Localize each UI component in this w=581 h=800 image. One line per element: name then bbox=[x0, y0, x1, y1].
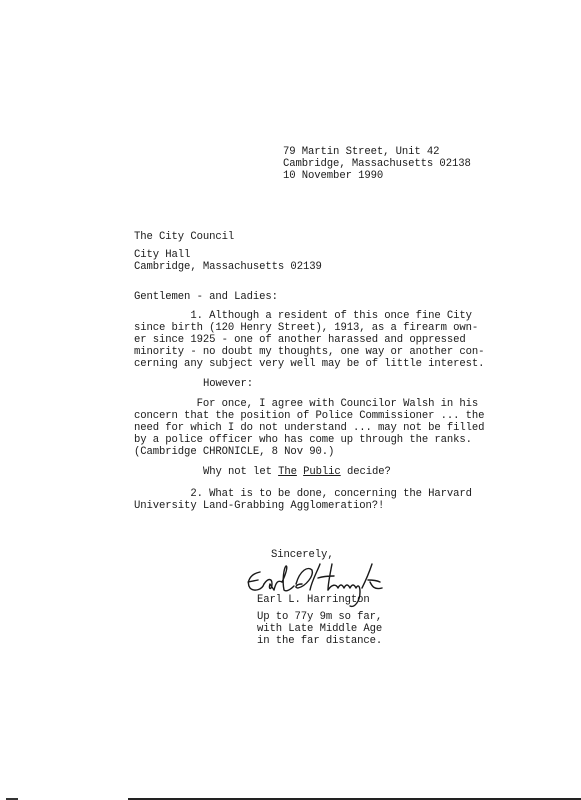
paragraph-line: For once, I agree with Councilor Walsh i… bbox=[134, 398, 478, 410]
postscript-line: Up to 77y 9m so far, bbox=[257, 611, 382, 623]
paragraph-line: need for which I do not understand ... m… bbox=[134, 422, 484, 434]
question-text-end: decide? bbox=[341, 466, 391, 478]
postscript-line: in the far distance. bbox=[257, 635, 382, 647]
underlined-public: Public bbox=[303, 466, 341, 478]
recipient-building: City Hall bbox=[134, 249, 190, 261]
underlined-the: The bbox=[278, 466, 297, 478]
paragraph-line: since birth (120 Henry Street), 1913, as… bbox=[134, 322, 478, 334]
recipient-name: The City Council bbox=[134, 231, 234, 243]
paragraph-line: by a police officer who has come up thro… bbox=[134, 434, 472, 446]
sender-street: 79 Martin Street, Unit 42 bbox=[283, 146, 439, 158]
paragraph-line: er since 1925 - one of another harassed … bbox=[134, 334, 466, 346]
question-text: Why not let bbox=[203, 466, 278, 478]
however-line: However: bbox=[203, 378, 253, 390]
salutation: Gentlemen - and Ladies: bbox=[134, 291, 278, 303]
postscript-line: with Late Middle Age bbox=[257, 623, 382, 635]
paragraph-line: concern that the position of Police Comm… bbox=[134, 410, 484, 422]
recipient-city: Cambridge, Massachusetts 02139 bbox=[134, 261, 322, 273]
paragraph-line: minority - no doubt my thoughts, one way… bbox=[134, 346, 484, 358]
typed-name: Earl L. Harrington bbox=[257, 594, 370, 606]
sender-city: Cambridge, Massachusetts 02138 bbox=[283, 158, 471, 170]
letter-date: 10 November 1990 bbox=[283, 170, 383, 182]
paragraph-line: University Land-Grabbing Agglomeration?! bbox=[134, 500, 384, 512]
paragraph-line: cerning any subject very well may be of … bbox=[134, 358, 484, 370]
question-line: Why not let The Public decide? bbox=[203, 466, 391, 478]
paragraph-line: 2. What is to be done, concerning the Ha… bbox=[134, 488, 472, 500]
paragraph-line: (Cambridge CHRONICLE, 8 Nov 90.) bbox=[134, 446, 334, 458]
paragraph-line: 1. Although a resident of this once fine… bbox=[134, 310, 472, 322]
